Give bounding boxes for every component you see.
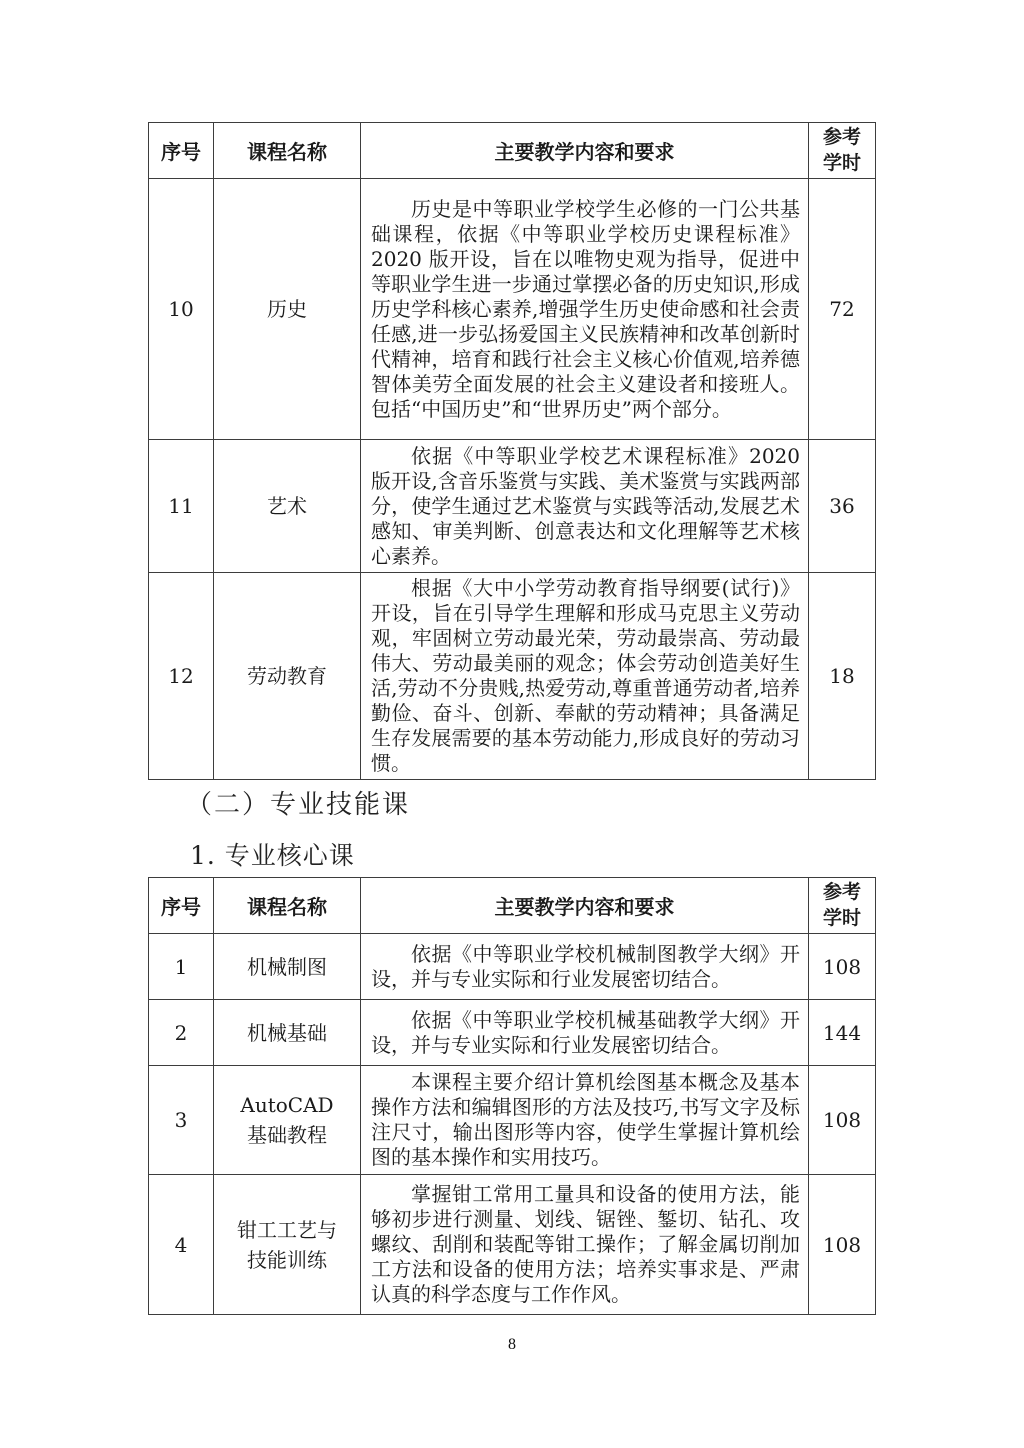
hours-cell: 144: [809, 1000, 876, 1066]
document-page: 序号 课程名称 主要教学内容和要求 参考 学时 10 历史 历史是中等职业学校学…: [0, 0, 1024, 1448]
course-content-cell: 依据《中等职业学校机械基础教学大纲》开设，并与专业实际和行业发展密切结合。: [361, 1000, 809, 1066]
row-number-cell: 1: [149, 934, 214, 1000]
public-basic-course-table: 序号 课程名称 主要教学内容和要求 参考 学时 10 历史 历史是中等职业学校学…: [148, 122, 876, 780]
table-row: 11 艺术 依据《中等职业学校艺术课程标准》2020版开设,含音乐鉴赏与实践、美…: [149, 440, 876, 573]
course-content-cell: 根据《大中小学劳动教育指导纲要(试行)》开设，旨在引导学生理解和形成马克思主义劳…: [361, 573, 809, 780]
course-content-cell: 历史是中等职业学校学生必修的一门公共基础课程，依据《中等职业学校历史课程标准》2…: [361, 179, 809, 440]
course-name-cell: 机械基础: [214, 1000, 361, 1066]
row-number-cell: 11: [149, 440, 214, 573]
course-content-cell: 依据《中等职业学校机械制图教学大纲》开设，并与专业实际和行业发展密切结合。: [361, 934, 809, 1000]
table-row: 4 钳工工艺与 技能训练 掌握钳工常用工量具和设备的使用方法，能够初步进行测量、…: [149, 1175, 876, 1315]
header-course-name: 课程名称: [214, 123, 361, 179]
row-number-cell: 10: [149, 179, 214, 440]
course-name-cell: 钳工工艺与 技能训练: [214, 1175, 361, 1315]
course-name-cell: 历史: [214, 179, 361, 440]
row-number-cell: 4: [149, 1175, 214, 1315]
course-name-cell: 机械制图: [214, 934, 361, 1000]
table-row: 3 AutoCAD 基础教程 本课程主要介绍计算机绘图基本概念及基本操作方法和编…: [149, 1066, 876, 1175]
course-name-cell: AutoCAD 基础教程: [214, 1066, 361, 1175]
row-number-cell: 2: [149, 1000, 214, 1066]
hours-cell: 108: [809, 1175, 876, 1315]
hours-cell: 72: [809, 179, 876, 440]
header-hours: 参考 学时: [809, 878, 876, 934]
table-row: 12 劳动教育 根据《大中小学劳动教育指导纲要(试行)》开设，旨在引导学生理解和…: [149, 573, 876, 780]
table-header-row: 序号 课程名称 主要教学内容和要求 参考 学时: [149, 123, 876, 179]
section-heading: （二）专业技能课: [186, 784, 410, 821]
hours-cell: 36: [809, 440, 876, 573]
header-course-name: 课程名称: [214, 878, 361, 934]
course-name-cell: 劳动教育: [214, 573, 361, 780]
professional-core-course-table: 序号 课程名称 主要教学内容和要求 参考 学时 1 机械制图 依据《中等职业学校…: [148, 877, 876, 1315]
row-number-cell: 3: [149, 1066, 214, 1175]
subsection-heading: 1. 专业核心课: [190, 836, 355, 872]
hours-cell: 108: [809, 1066, 876, 1175]
course-content-cell: 本课程主要介绍计算机绘图基本概念及基本操作方法和编辑图形的方法及技巧,书写文字及…: [361, 1066, 809, 1175]
header-content: 主要教学内容和要求: [361, 878, 809, 934]
hours-cell: 108: [809, 934, 876, 1000]
header-content: 主要教学内容和要求: [361, 123, 809, 179]
course-name-cell: 艺术: [214, 440, 361, 573]
table-header-row: 序号 课程名称 主要教学内容和要求 参考 学时: [149, 878, 876, 934]
table-row: 10 历史 历史是中等职业学校学生必修的一门公共基础课程，依据《中等职业学校历史…: [149, 179, 876, 440]
page-number: 8: [0, 1336, 1024, 1354]
course-content-cell: 依据《中等职业学校艺术课程标准》2020版开设,含音乐鉴赏与实践、美术鉴赏与实践…: [361, 440, 809, 573]
hours-cell: 18: [809, 573, 876, 780]
header-no: 序号: [149, 123, 214, 179]
header-no: 序号: [149, 878, 214, 934]
row-number-cell: 12: [149, 573, 214, 780]
course-content-cell: 掌握钳工常用工量具和设备的使用方法，能够初步进行测量、划线、锯锉、錾切、钻孔、攻…: [361, 1175, 809, 1315]
table-row: 2 机械基础 依据《中等职业学校机械基础教学大纲》开设，并与专业实际和行业发展密…: [149, 1000, 876, 1066]
header-hours: 参考 学时: [809, 123, 876, 179]
table-row: 1 机械制图 依据《中等职业学校机械制图教学大纲》开设，并与专业实际和行业发展密…: [149, 934, 876, 1000]
